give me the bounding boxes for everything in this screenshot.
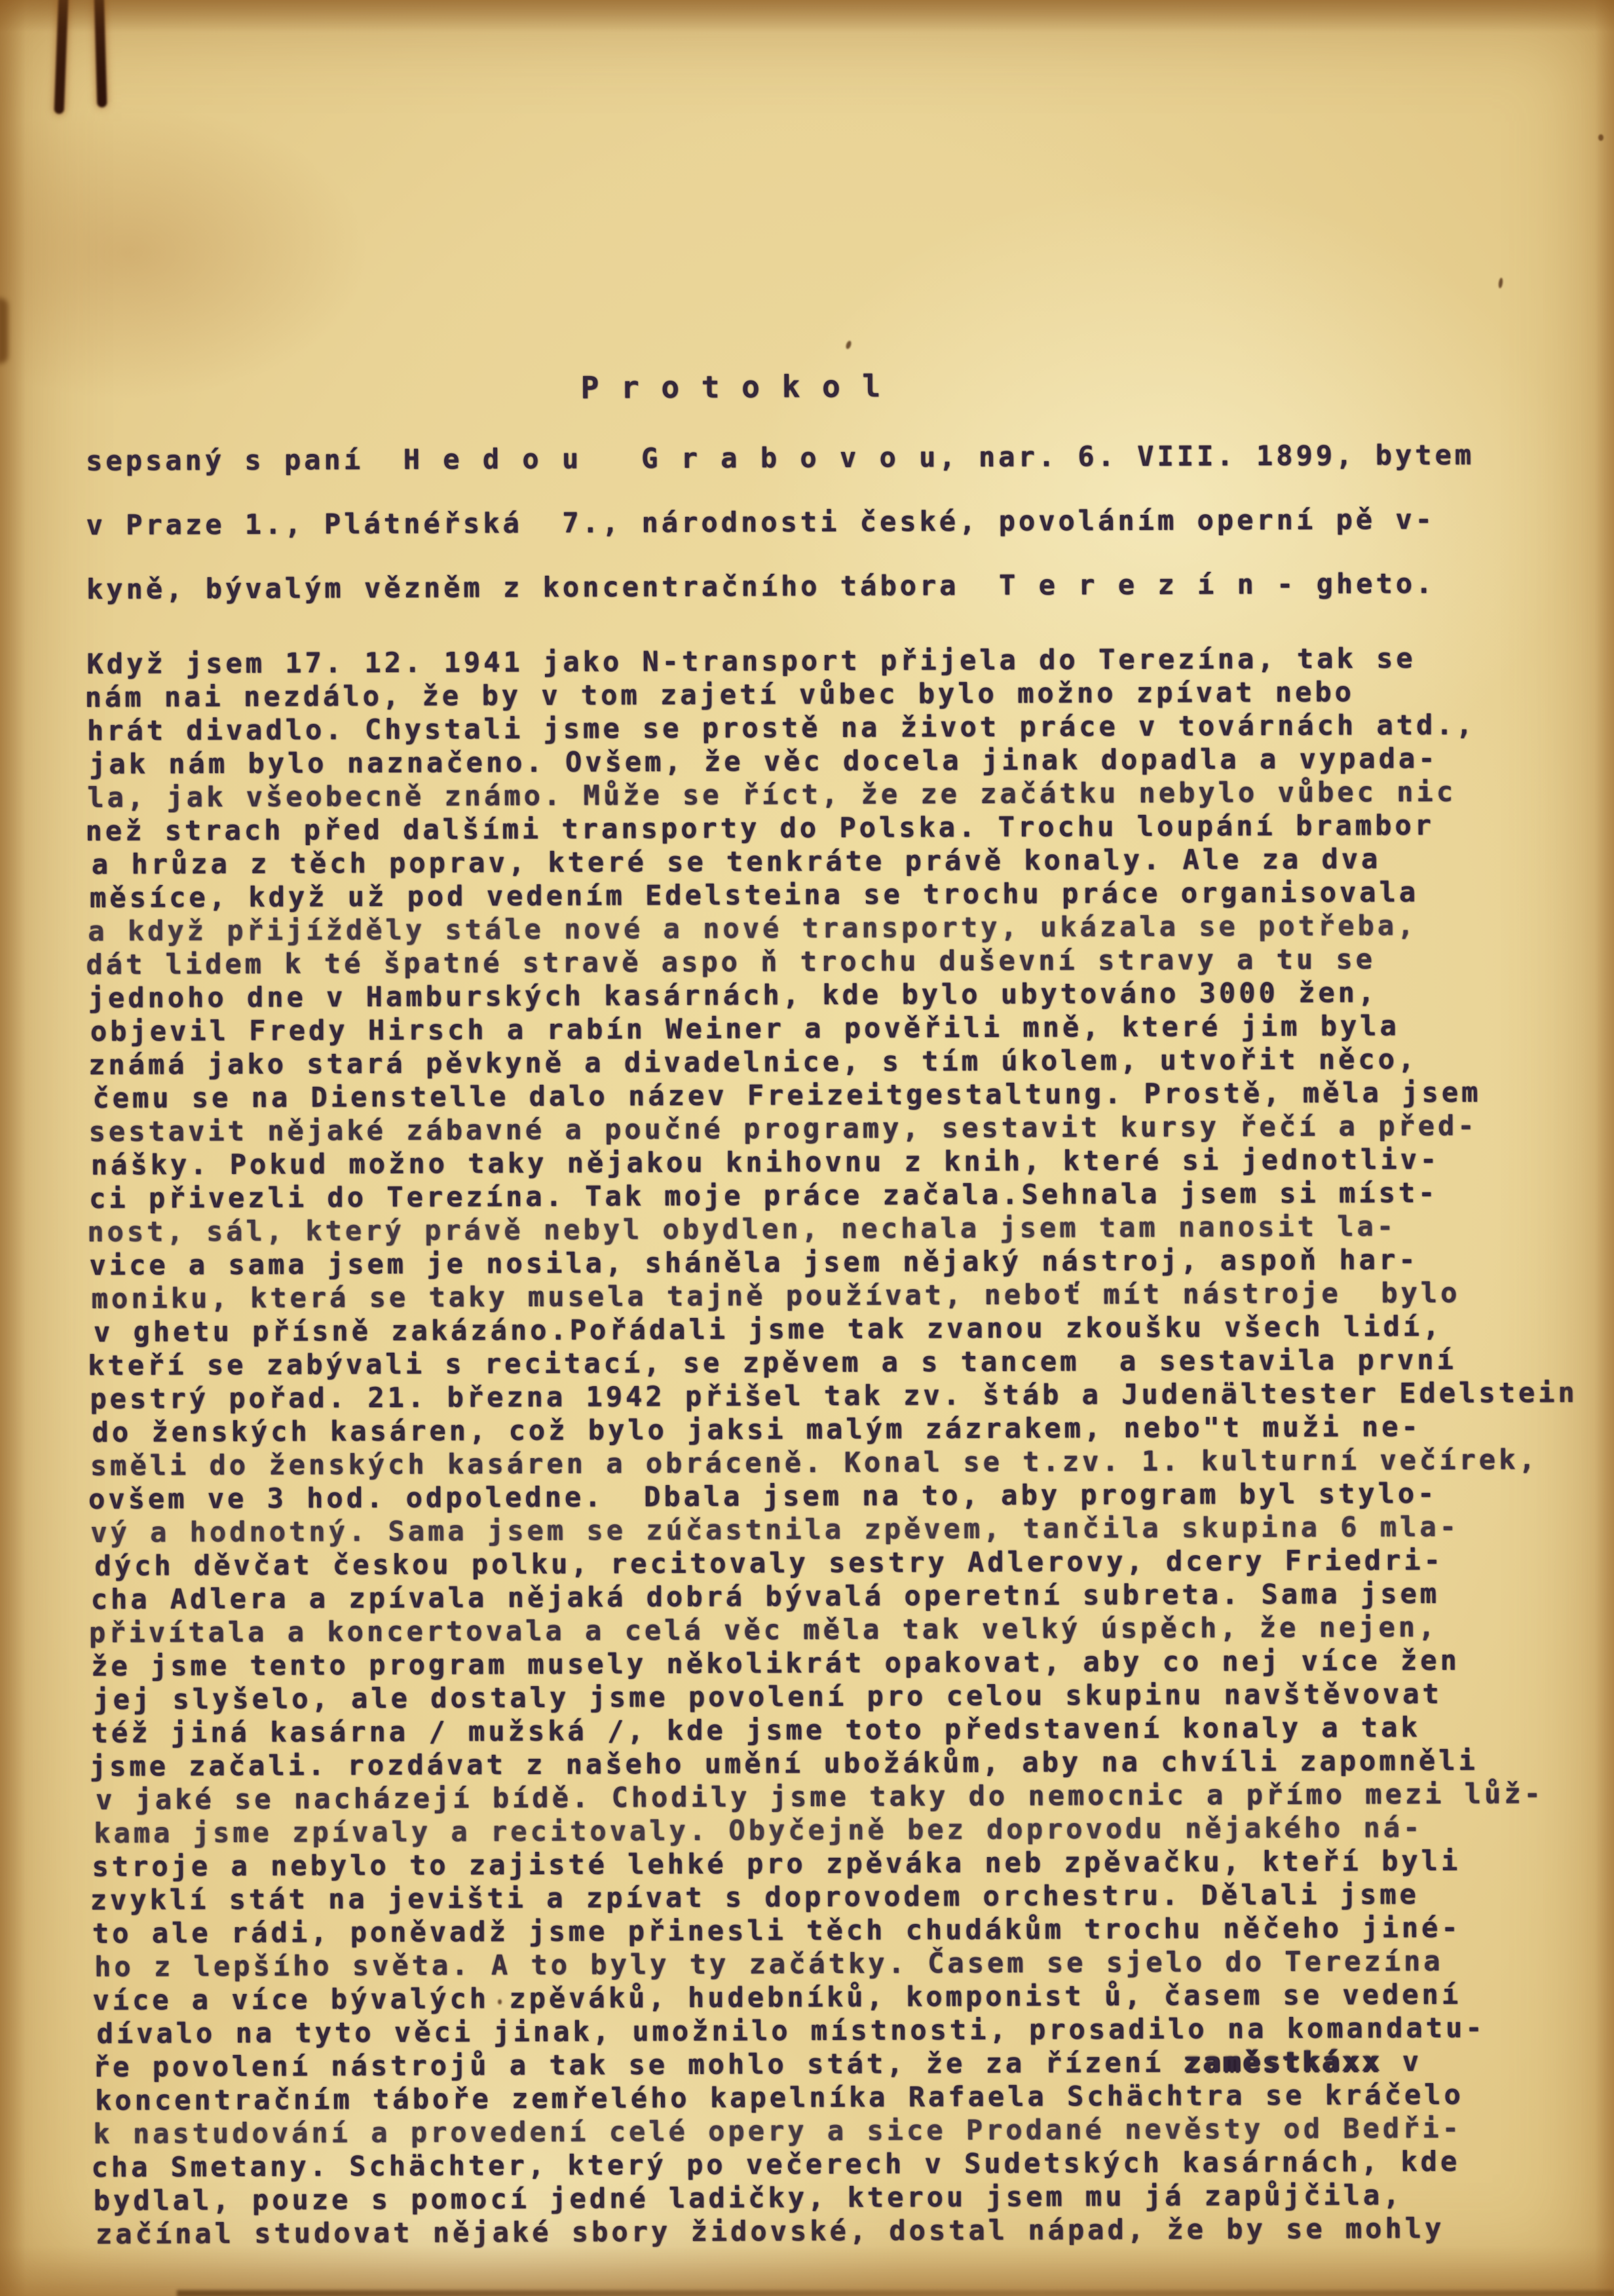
typewritten-text-layer: P r o t o k o l sepsaný s paní H e d o u… xyxy=(84,0,1614,2251)
text-line: dát lidem k té špatné stravě aspo ň troc… xyxy=(86,941,1614,981)
document-page: P r o t o k o l sepsaný s paní H e d o u… xyxy=(0,0,1614,2296)
text-line: sepsaný s paní H e d o u G r a b o v o u… xyxy=(86,438,1614,478)
text-line: kteří se zabývali s recitací, se zpěvem … xyxy=(88,1342,1614,1382)
text-line: dívalo na tyto věci jinak, umožnilo míst… xyxy=(96,2010,1614,2050)
text-line: přivítala a koncertovala a celá věc měla… xyxy=(89,1609,1614,1649)
text-line: jej slyšelo, ale dostaly jsme povolení p… xyxy=(93,1676,1614,1716)
page-bottom-shadow xyxy=(177,2290,1614,2296)
overstruck-word: zaměstkáxx xyxy=(1184,2045,1382,2078)
text-segment: ře povolení nástrojů a tak se mohlo stát… xyxy=(93,2046,1184,2083)
text-line: nášky. Pokud možno taky nějakou knihovnu… xyxy=(91,1142,1614,1182)
text-line: dých děvčat českou polku, recitovaly ses… xyxy=(94,1543,1614,1583)
text-line: zvyklí stát na jevišti a zpívat s doprov… xyxy=(90,1877,1614,1917)
text-line: nám nai nezdálo, že by v tom zajetí vůbe… xyxy=(85,674,1614,714)
document-title: P r o t o k o l xyxy=(580,366,1614,405)
text-line: kama jsme zpívaly a recitovaly. Obyčejně… xyxy=(94,1810,1614,1850)
text-line: ho z lepšího světa. A to byly ty začátky… xyxy=(94,1944,1614,1984)
text-segment: v xyxy=(1382,2045,1422,2077)
text-line: v Praze 1., Plátnéřská 7., národnosti če… xyxy=(86,502,1614,542)
page-edge-nick xyxy=(0,298,8,364)
text-line: začínal studovat nějaké sbory židovské, … xyxy=(96,2211,1614,2251)
text-line: nost, sál, který právě nebyl obydlen, ne… xyxy=(87,1209,1614,1249)
text-line: kyně, bývalým vězněm z koncentračního tá… xyxy=(86,566,1614,607)
text-line: objevil Fredy Hirsch a rabín Weiner a po… xyxy=(90,1008,1614,1048)
intro-paragraph: sepsaný s paní H e d o u G r a b o v o u… xyxy=(86,438,1614,607)
staple-leg-left-icon xyxy=(54,0,68,114)
body-paragraph: Když jsem 17. 12. 1941 jako N-transport … xyxy=(86,641,1614,2251)
text-line: cha Smetany. Schächter, který po večerec… xyxy=(91,2144,1614,2184)
